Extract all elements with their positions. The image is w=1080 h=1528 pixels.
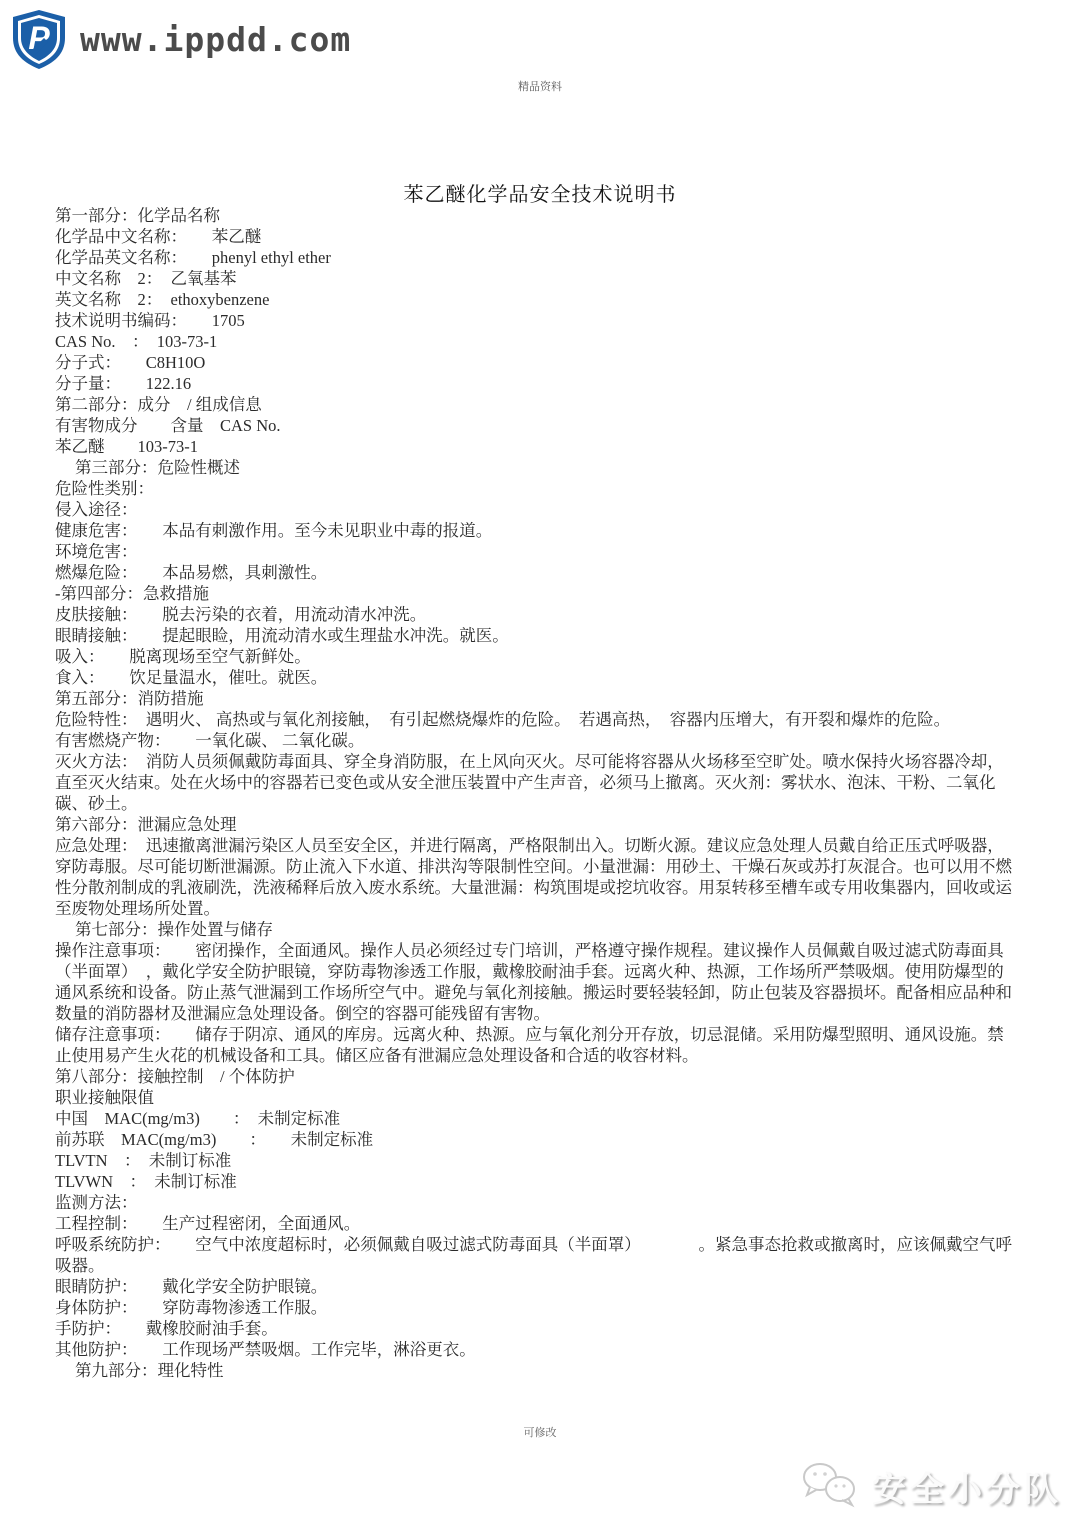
document-line: 第六部分：泄漏应急处理: [55, 814, 1013, 835]
document-line: 食入： 饮足量温水，催吐。就医。: [55, 667, 1013, 688]
document-line: 职业接触限值: [55, 1087, 1013, 1108]
document-line: 应急处理： 迅速撤离泄漏污染区人员至安全区，并进行隔离，严格限制出入。切断火源。…: [55, 835, 1013, 919]
document-line: 第一部分：化学品名称: [55, 205, 1013, 226]
wechat-icon: [800, 1460, 862, 1512]
document-line: 中文名称 2： 乙氧基苯: [55, 268, 1013, 289]
document-line: 健康危害： 本品有刺激作用。至今未见职业中毒的报道。: [55, 520, 1013, 541]
document-line: 眼睛防护： 戴化学安全防护眼镜。: [55, 1276, 1013, 1297]
document-line: TLVWN ： 未制订标准: [55, 1171, 1013, 1192]
document-line: -第四部分：急救措施: [55, 583, 1013, 604]
footer-note: 可修改: [0, 1424, 1080, 1440]
document-line: 眼睛接触： 提起眼睑，用流动清水或生理盐水冲洗。就医。: [55, 625, 1013, 646]
document-page: P www.ippdd.com 精品资料 苯乙醚化学品安全技术说明书 第一部分：…: [0, 0, 1080, 1528]
watermark-text: 安全小分队: [872, 1462, 1062, 1511]
document-line: 技术说明书编码： 1705: [55, 310, 1013, 331]
top-note: 精品资料: [0, 78, 1080, 94]
document-line: 分子式： C8H10O: [55, 352, 1013, 373]
document-line: 有害物成分 含量 CAS No.: [55, 415, 1013, 436]
document-line: 手防护： 戴橡胶耐油手套。: [55, 1318, 1013, 1339]
watermark-badge: 安全小分队: [800, 1460, 1062, 1512]
document-line: 分子量： 122.16: [55, 373, 1013, 394]
document-line: 皮肤接触： 脱去污染的衣着，用流动清水冲洗。: [55, 604, 1013, 625]
document-line: 化学品英文名称： phenyl ethyl ether: [55, 247, 1013, 268]
document-line: 第九部分：理化特性: [55, 1360, 1013, 1381]
document-line: 呼吸系统防护： 空气中浓度超标时，必须佩戴自吸过滤式防毒面具（半面罩） 。紧急事…: [55, 1234, 1013, 1276]
document-line: 第五部分：消防措施: [55, 688, 1013, 709]
document-line: 其他防护： 工作现场严禁吸烟。工作完毕，淋浴更衣。: [55, 1339, 1013, 1360]
document-line: CAS No. ： 103-73-1: [55, 331, 1013, 352]
document-line: 身体防护： 穿防毒物渗透工作服。: [55, 1297, 1013, 1318]
document-line: 吸入： 脱离现场至空气新鲜处。: [55, 646, 1013, 667]
document-line: 危险性类别：: [55, 478, 1013, 499]
document-line: 监测方法：: [55, 1192, 1013, 1213]
document-line: 苯乙醚 103-73-1: [55, 436, 1013, 457]
document-line: 第七部分：操作处置与储存: [55, 919, 1013, 940]
document-line: 危险特性： 遇明火、 高热或与氧化剂接触， 有引起燃烧爆炸的危险。 若遇高热， …: [55, 709, 1013, 730]
document-line: 工程控制： 生产过程密闭，全面通风。: [55, 1213, 1013, 1234]
page-title: 苯乙醚化学品安全技术说明书: [0, 178, 1080, 207]
document-line: 灭火方法： 消防人员须佩戴防毒面具、穿全身消防服，在上风向灭火。尽可能将容器从火…: [55, 751, 1013, 814]
document-body: 第一部分：化学品名称化学品中文名称： 苯乙醚化学品英文名称： phenyl et…: [55, 205, 1013, 1381]
document-line: 侵入途径：: [55, 499, 1013, 520]
document-line: 第二部分：成分 / 组成信息: [55, 394, 1013, 415]
document-line: 储存注意事项： 储存于阴凉、通风的库房。远离火种、热源。应与氧化剂分开存放，切忌…: [55, 1024, 1013, 1066]
document-line: 中国 MAC(mg/m3) ： 未制定标准: [55, 1108, 1013, 1129]
document-line: TLVTN ： 未制订标准: [55, 1150, 1013, 1171]
shield-p-icon: P: [10, 8, 68, 70]
document-line: 燃爆危险： 本品易燃，具刺激性。: [55, 562, 1013, 583]
document-line: 操作注意事项： 密闭操作，全面通风。操作人员必须经过专门培训，严格遵守操作规程。…: [55, 940, 1013, 1024]
document-line: 环境危害：: [55, 541, 1013, 562]
site-logo: P www.ippdd.com: [10, 8, 351, 70]
document-line: 有害燃烧产物： 一氧化碳、 二氧化碳。: [55, 730, 1013, 751]
document-line: 前苏联 MAC(mg/m3) ： 未制定标准: [55, 1129, 1013, 1150]
document-line: 化学品中文名称： 苯乙醚: [55, 226, 1013, 247]
logo-url-text: www.ippdd.com: [80, 20, 351, 59]
document-line: 第三部分：危险性概述: [55, 457, 1013, 478]
document-line: 第八部分：接触控制 / 个体防护: [55, 1066, 1013, 1087]
document-line: 英文名称 2： ethoxybenzene: [55, 289, 1013, 310]
